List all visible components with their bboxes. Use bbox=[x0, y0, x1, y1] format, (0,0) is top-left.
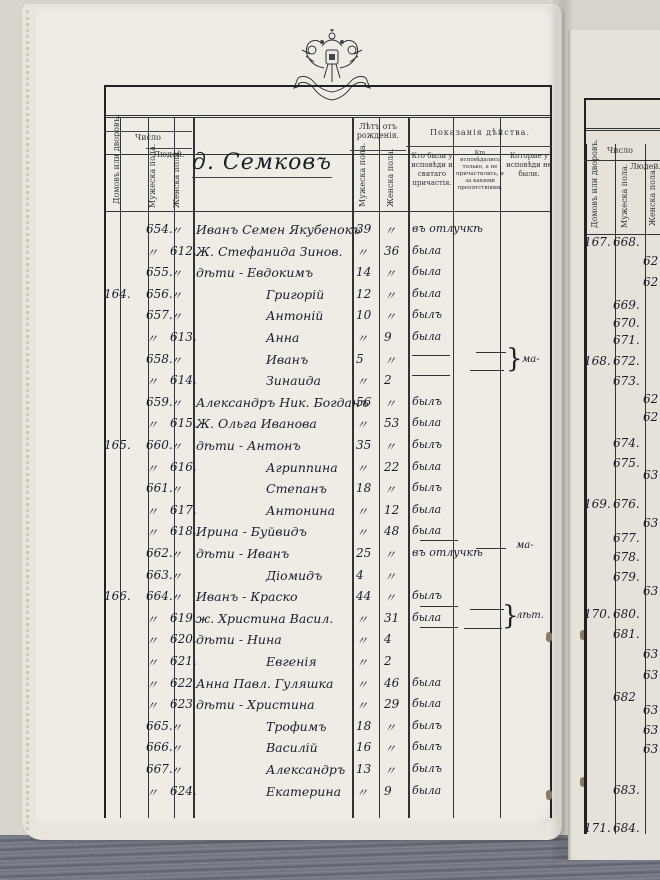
gutter-shadow bbox=[550, 0, 572, 860]
age-female: 2 bbox=[384, 373, 392, 387]
male-number: 657. bbox=[146, 308, 173, 322]
female-number: 617. bbox=[170, 503, 197, 517]
binding-thread bbox=[26, 10, 36, 830]
confession-status: — bbox=[412, 352, 423, 365]
col-divider bbox=[120, 118, 121, 818]
person-name: Діомидъ bbox=[266, 568, 322, 583]
age-male: 〃 bbox=[356, 503, 368, 520]
village-heading: д. Семковъ bbox=[192, 150, 332, 178]
male-number: 654. bbox=[146, 222, 173, 236]
facing-male-number: 676. bbox=[613, 497, 640, 511]
annotation-dash bbox=[476, 352, 506, 353]
age-female: 9 bbox=[384, 330, 392, 344]
confession-status: была bbox=[412, 524, 441, 537]
female-number: 〃 bbox=[170, 719, 182, 736]
facing-male-number: 678. bbox=[613, 550, 640, 564]
male-number: 〃 bbox=[146, 676, 158, 693]
facing-male-number: 671. bbox=[613, 333, 640, 347]
confession-status: — bbox=[412, 654, 423, 667]
age-male: 〃 bbox=[356, 244, 368, 261]
confession-status: былъ bbox=[412, 740, 442, 753]
facing-female-number: 63 bbox=[643, 647, 658, 661]
person-name: Ж. Стефанида Зинов. bbox=[196, 244, 343, 259]
female-number: 〃 bbox=[170, 395, 182, 412]
female-number: 〃 bbox=[170, 589, 182, 606]
confession-status: была bbox=[412, 611, 441, 624]
annotation-dash bbox=[470, 370, 504, 371]
female-number: 619. bbox=[170, 611, 197, 625]
age-female: 〃 bbox=[384, 287, 396, 304]
age-female: 〃 bbox=[384, 740, 396, 757]
age-male: 18 bbox=[356, 481, 371, 495]
header-confession-col2: Кто исповѣдались только, а не причастили… bbox=[456, 150, 504, 192]
header-bottom-rule bbox=[106, 211, 550, 212]
person-name: Агриппина bbox=[266, 460, 338, 475]
male-number: 〃 bbox=[146, 416, 158, 433]
age-female: 9 bbox=[384, 784, 392, 798]
facing-female-number: 63 bbox=[643, 468, 658, 482]
age-female: 12 bbox=[384, 503, 399, 517]
col-divider bbox=[500, 118, 501, 818]
facing-female-number: 63 bbox=[643, 723, 658, 737]
female-number: 〃 bbox=[170, 546, 182, 563]
confession-status: былъ bbox=[412, 438, 442, 451]
age-male: 〃 bbox=[356, 611, 368, 628]
status-dash bbox=[420, 627, 458, 628]
facing-household-number: 168. bbox=[584, 354, 611, 368]
confession-status: была bbox=[412, 265, 441, 278]
confession-status: въ отлучкѣ bbox=[412, 222, 483, 235]
male-number: 667. bbox=[146, 762, 173, 776]
age-female: 〃 bbox=[384, 546, 396, 563]
age-female: 53 bbox=[384, 416, 399, 430]
female-number: 624. bbox=[170, 784, 197, 798]
age-male: 〃 bbox=[356, 632, 368, 649]
confession-status: была bbox=[412, 330, 441, 343]
confession-status: былъ bbox=[412, 395, 442, 408]
person-name: Ирина - Буйвидъ bbox=[196, 524, 307, 539]
age-female: 48 bbox=[384, 524, 399, 538]
age-female: 〃 bbox=[384, 352, 396, 369]
facing-male-number: 672. bbox=[613, 354, 640, 368]
annotation-dash bbox=[476, 548, 506, 549]
female-number: 〃 bbox=[170, 308, 182, 325]
person-name: дѣти - Иванъ bbox=[196, 546, 289, 561]
age-female: 〃 bbox=[384, 265, 396, 282]
female-number: 〃 bbox=[170, 481, 182, 498]
male-number: 〃 bbox=[146, 503, 158, 520]
facing-male-number: 674. bbox=[613, 436, 640, 450]
age-male: 56 bbox=[356, 395, 371, 409]
age-female: 〃 bbox=[384, 481, 396, 498]
facing-male-number: 675. bbox=[613, 456, 640, 470]
person-name: Иванъ Семен Якубенокъ bbox=[196, 222, 361, 237]
facing-male-number: 668. bbox=[613, 235, 640, 249]
person-name: дѣти - Антонъ bbox=[196, 438, 301, 453]
header-age-male: Мужеска пола. bbox=[358, 155, 372, 207]
person-name: Иванъ bbox=[266, 352, 308, 367]
female-number: 615. bbox=[170, 416, 197, 430]
age-female: 〃 bbox=[384, 719, 396, 736]
female-number: 〃 bbox=[170, 265, 182, 282]
header-female: Женска пола. bbox=[172, 160, 190, 208]
confession-status: былъ bbox=[412, 481, 442, 494]
person-name: Екатерина bbox=[266, 784, 341, 799]
person-name: Григорій bbox=[266, 287, 324, 302]
person-name: Антонина bbox=[266, 503, 335, 518]
header-confession-group: Показанія дѣйства. bbox=[408, 128, 552, 137]
female-number: 613. bbox=[170, 330, 197, 344]
age-male: 35 bbox=[356, 438, 371, 452]
age-male: 〃 bbox=[356, 784, 368, 801]
female-number: 〃 bbox=[170, 287, 182, 304]
age-male: 〃 bbox=[356, 460, 368, 477]
age-female: 46 bbox=[384, 676, 399, 690]
male-number: 666. bbox=[146, 740, 173, 754]
female-number: 621. bbox=[170, 654, 197, 668]
facing-household-number: 169. bbox=[584, 497, 611, 511]
male-number: 665. bbox=[146, 719, 173, 733]
person-name: Ж. Ольга Иванова bbox=[196, 416, 317, 431]
confession-status: былъ bbox=[412, 589, 442, 602]
header-confession-col1: Кто были у исповѣди и святаго причастія. bbox=[408, 152, 456, 188]
male-number: 〃 bbox=[146, 460, 158, 477]
female-number: 〃 bbox=[170, 568, 182, 585]
confession-status: была bbox=[412, 287, 441, 300]
male-number: 656. bbox=[146, 287, 173, 301]
facing-household-number: 167. bbox=[584, 235, 611, 249]
person-name: Василій bbox=[266, 740, 318, 755]
male-number: 660. bbox=[146, 438, 173, 452]
confession-status: была bbox=[412, 416, 441, 429]
male-number: 〃 bbox=[146, 524, 158, 541]
header-confession-col3: Которые у исповѣди не были. bbox=[506, 152, 552, 179]
age-male: 39 bbox=[356, 222, 371, 236]
age-female: 〃 bbox=[384, 568, 396, 585]
facing-female-number: 63 bbox=[643, 584, 658, 598]
male-number: 〃 bbox=[146, 373, 158, 390]
age-female: 29 bbox=[384, 697, 399, 711]
facing-female-number: 62 bbox=[643, 410, 658, 424]
facing-male-number: 669. bbox=[613, 298, 640, 312]
age-female: 〃 bbox=[384, 438, 396, 455]
male-number: 662. bbox=[146, 546, 173, 560]
facing-male-number: 677. bbox=[613, 531, 640, 545]
col-divider bbox=[379, 118, 380, 818]
age-male: 〃 bbox=[356, 330, 368, 347]
person-name: Иванъ - Краско bbox=[196, 589, 297, 604]
household-number: 165. bbox=[104, 438, 131, 452]
female-number: 614. bbox=[170, 373, 197, 387]
female-number: 〃 bbox=[170, 762, 182, 779]
annotation-dash bbox=[470, 609, 504, 610]
age-male: 14 bbox=[356, 265, 371, 279]
age-male: 4 bbox=[356, 568, 364, 582]
age-male: 12 bbox=[356, 287, 371, 301]
header-male: Мужеска пола. bbox=[148, 160, 168, 208]
facing-households: Домовъ или дворовъ. bbox=[590, 172, 612, 228]
female-number: 〃 bbox=[170, 438, 182, 455]
facing-male-number: 679. bbox=[613, 570, 640, 584]
header-households: Домовъ или дворовъ. bbox=[112, 160, 142, 204]
confession-status: — bbox=[412, 632, 423, 645]
confession-status: была bbox=[412, 460, 441, 473]
age-female: 2 bbox=[384, 654, 392, 668]
person-name: Трофимъ bbox=[266, 719, 326, 734]
age-male: 5 bbox=[356, 352, 364, 366]
age-male: 18 bbox=[356, 719, 371, 733]
facing-female-number: 62 bbox=[643, 275, 658, 289]
male-number: 〃 bbox=[146, 784, 158, 801]
age-female: 〃 bbox=[384, 395, 396, 412]
male-number: 664. bbox=[146, 589, 173, 603]
female-number: 〃 bbox=[170, 740, 182, 757]
confession-status: былъ bbox=[412, 762, 442, 775]
age-female: 〃 bbox=[384, 308, 396, 325]
male-number: 〃 bbox=[146, 632, 158, 649]
female-number: 〃 bbox=[170, 222, 182, 239]
confession-status: былъ bbox=[412, 308, 442, 321]
annotation-dash bbox=[464, 628, 502, 629]
household-number: 164. bbox=[104, 287, 131, 301]
female-number: 616. bbox=[170, 460, 197, 474]
age-male: 〃 bbox=[356, 373, 368, 390]
male-number: 663. bbox=[146, 568, 173, 582]
age-male: 〃 bbox=[356, 524, 368, 541]
facing-household-number: 171. bbox=[584, 821, 611, 835]
person-name: Евгенія bbox=[266, 654, 317, 669]
person-name: дѣти - Нина bbox=[196, 632, 282, 647]
status-dash bbox=[420, 540, 458, 541]
status-dash bbox=[412, 355, 450, 356]
confession-status: была bbox=[412, 784, 441, 797]
confession-status: была bbox=[412, 697, 441, 710]
age-female: 31 bbox=[384, 611, 399, 625]
age-male: 10 bbox=[356, 308, 371, 322]
female-number: 622 bbox=[170, 676, 193, 690]
age-male: 〃 bbox=[356, 654, 368, 671]
age-female: 〃 bbox=[384, 589, 396, 606]
facing-female: Женска пола. bbox=[648, 176, 660, 226]
margin-note: лѣт. bbox=[516, 610, 544, 621]
header-rule bbox=[406, 146, 552, 147]
female-number: 620. bbox=[170, 632, 197, 646]
person-name: Александръ bbox=[266, 762, 345, 777]
col-divider bbox=[408, 118, 410, 818]
male-number: 659. bbox=[146, 395, 173, 409]
person-name: Анна bbox=[266, 330, 299, 345]
facing-male-number: 683. bbox=[613, 783, 640, 797]
person-name: дѣти - Христина bbox=[196, 697, 315, 712]
facing-female-number: 63 bbox=[643, 668, 658, 682]
person-name: Антоній bbox=[266, 308, 323, 323]
age-female: 22 bbox=[384, 460, 399, 474]
female-number: 612. bbox=[170, 244, 197, 258]
age-male: 〃 bbox=[356, 697, 368, 714]
facing-male-number: 684. bbox=[613, 821, 640, 835]
age-male: 〃 bbox=[356, 676, 368, 693]
age-male: 44 bbox=[356, 589, 371, 603]
facing-female-number: 63 bbox=[643, 742, 658, 756]
household-number: 166. bbox=[104, 589, 131, 603]
age-male: 25 bbox=[356, 546, 371, 560]
female-number: 618. bbox=[170, 524, 197, 538]
age-male: 〃 bbox=[356, 416, 368, 433]
age-female: 〃 bbox=[384, 222, 396, 239]
facing-male-number: 680. bbox=[613, 607, 640, 621]
female-number: 〃 bbox=[170, 352, 182, 369]
age-male: 16 bbox=[356, 740, 371, 754]
female-number: 623 bbox=[170, 697, 193, 711]
facing-household-number: 170. bbox=[584, 607, 611, 621]
age-female: 4 bbox=[384, 632, 392, 646]
male-number: 〃 bbox=[146, 611, 158, 628]
status-dash bbox=[420, 606, 458, 607]
facing-male-number: 682 bbox=[613, 690, 636, 704]
facing-female-number: 62 bbox=[643, 254, 658, 268]
binding-pin bbox=[546, 790, 552, 800]
confession-status: былъ bbox=[412, 719, 442, 732]
facing-female-number: 63 bbox=[643, 703, 658, 717]
status-dash bbox=[412, 375, 450, 376]
facing-male-number: 670. bbox=[613, 316, 640, 330]
person-name: Зинаида bbox=[266, 373, 321, 388]
facing-female-number: 62 bbox=[643, 392, 658, 406]
margin-note: ма- bbox=[522, 354, 540, 365]
age-female: 〃 bbox=[384, 762, 396, 779]
facing-female-number: 63 bbox=[643, 516, 658, 530]
male-number: 〃 bbox=[146, 244, 158, 261]
person-name: ж. Христина Васил. bbox=[196, 611, 333, 626]
facing-male: Мужеска пола. bbox=[620, 172, 634, 228]
male-number: 658. bbox=[146, 352, 173, 366]
confession-status: — bbox=[412, 568, 423, 581]
header-age-group: Лѣтъ отъ рожденія. bbox=[352, 122, 404, 140]
age-male: 13 bbox=[356, 762, 371, 776]
margin-note: ма- bbox=[516, 540, 534, 551]
male-number: 〃 bbox=[146, 697, 158, 714]
header-age-female: Женска пола. bbox=[386, 155, 400, 207]
person-name: дѣти - Евдокимъ bbox=[196, 265, 313, 280]
age-female: 36 bbox=[384, 244, 399, 258]
confession-status: была bbox=[412, 503, 441, 516]
person-name: Степанъ bbox=[266, 481, 327, 496]
confession-status: въ отлучкѣ bbox=[412, 546, 483, 559]
brace-annotation: } bbox=[506, 346, 523, 372]
binding-pin bbox=[546, 632, 552, 642]
facing-count-group: Число bbox=[590, 146, 650, 155]
male-number: 661. bbox=[146, 481, 173, 495]
male-number: 〃 bbox=[146, 654, 158, 671]
male-number: 655. bbox=[146, 265, 173, 279]
person-name: Александръ Ник. Богданъ bbox=[196, 395, 369, 410]
male-number: 〃 bbox=[146, 330, 158, 347]
confession-status: была bbox=[412, 676, 441, 689]
facing-male-number: 673. bbox=[613, 374, 640, 388]
person-name: Анна Павл. Гуляшка bbox=[196, 676, 333, 691]
confession-status: была bbox=[412, 244, 441, 257]
facing-male-number: 681. bbox=[613, 627, 640, 641]
